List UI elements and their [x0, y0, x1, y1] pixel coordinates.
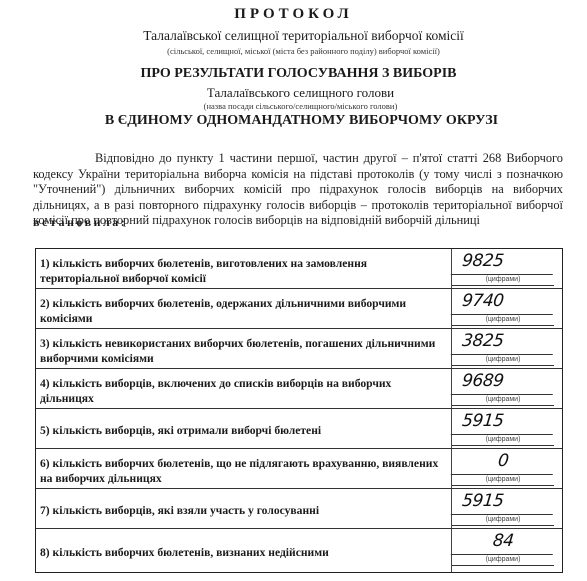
value-caption: (цифрами)	[452, 435, 554, 446]
value-cell: 9740 (цифрами)	[452, 289, 562, 328]
table-row: 8) кількість виборчих бюлетенів, визнани…	[36, 529, 562, 572]
row-value: 9740	[451, 291, 556, 315]
established-label: встановила:	[33, 215, 127, 230]
value-caption: (цифрами)	[452, 275, 554, 286]
value-cell: 0 (цифрами)	[452, 449, 562, 488]
value-cell: 9689 (цифрами)	[452, 369, 562, 408]
row-value: 5915	[451, 411, 556, 435]
table-row: 6) кількість виборчих бюлетенів, що не п…	[36, 449, 562, 489]
row-label: 3) кількість невикористаних виборчих бюл…	[36, 329, 452, 368]
row-value: 3825	[451, 331, 556, 355]
commission-name: Талалаївської селищної територіальної ви…	[0, 28, 587, 44]
value-caption: (цифрами)	[452, 475, 554, 486]
table-row: 2) кількість виборчих бюлетенів, одержан…	[36, 289, 562, 329]
table-row: 5) кількість виборців, які отримали вибо…	[36, 409, 562, 449]
position-note: (назва посади сільського/селищного/міськ…	[0, 101, 587, 111]
row-value: 84	[451, 531, 556, 555]
value-caption: (цифрами)	[452, 515, 554, 526]
value-caption: (цифрами)	[452, 355, 554, 366]
document-title: ПРОТОКОЛ	[0, 6, 587, 23]
table-row: 4) кількість виборців, включених до спис…	[36, 369, 562, 409]
value-cell: 9825 (цифрами)	[452, 249, 562, 288]
results-table: 1) кількість виборчих бюлетенів, виготов…	[35, 248, 563, 573]
value-caption: (цифрами)	[452, 395, 554, 406]
table-row: 7) кількість виборців, які взяли участь …	[36, 489, 562, 529]
row-value: 5915	[451, 491, 556, 515]
row-value: 9689	[451, 371, 556, 395]
table-row: 3) кількість невикористаних виборчих бюл…	[36, 329, 562, 369]
row-label: 7) кількість виборців, які взяли участь …	[36, 489, 452, 528]
row-value: 9825	[451, 251, 556, 275]
row-label: 8) кількість виборчих бюлетенів, визнани…	[36, 529, 452, 572]
value-cell: 5915 (цифрами)	[452, 489, 562, 528]
value-caption: (цифрами)	[452, 315, 554, 326]
row-value: 0	[451, 451, 556, 475]
row-label: 4) кількість виборців, включених до спис…	[36, 369, 452, 408]
value-cell: 84 (цифрами)	[452, 529, 562, 572]
commission-note: (сільської, селищної, міської (міста без…	[0, 46, 587, 56]
row-label: 6) кількість виборчих бюлетенів, що не п…	[36, 449, 452, 488]
value-cell: 3825 (цифрами)	[452, 329, 562, 368]
value-cell: 5915 (цифрами)	[452, 409, 562, 448]
row-label: 5) кількість виборців, які отримали вибо…	[36, 409, 452, 448]
district-heading: В ЄДИНОМУ ОДНОМАНДАТНОМУ ВИБОРЧОМУ ОКРУЗ…	[0, 113, 587, 129]
results-heading: ПРО РЕЗУЛЬТАТИ ГОЛОСУВАННЯ З ВИБОРІВ	[0, 66, 587, 82]
table-row: 1) кількість виборчих бюлетенів, виготов…	[36, 249, 562, 289]
value-caption: (цифрами)	[452, 555, 554, 566]
row-label: 1) кількість виборчих бюлетенів, виготов…	[36, 249, 452, 288]
row-label: 2) кількість виборчих бюлетенів, одержан…	[36, 289, 452, 328]
position-name: Талалаївського селищного голови	[0, 85, 587, 101]
